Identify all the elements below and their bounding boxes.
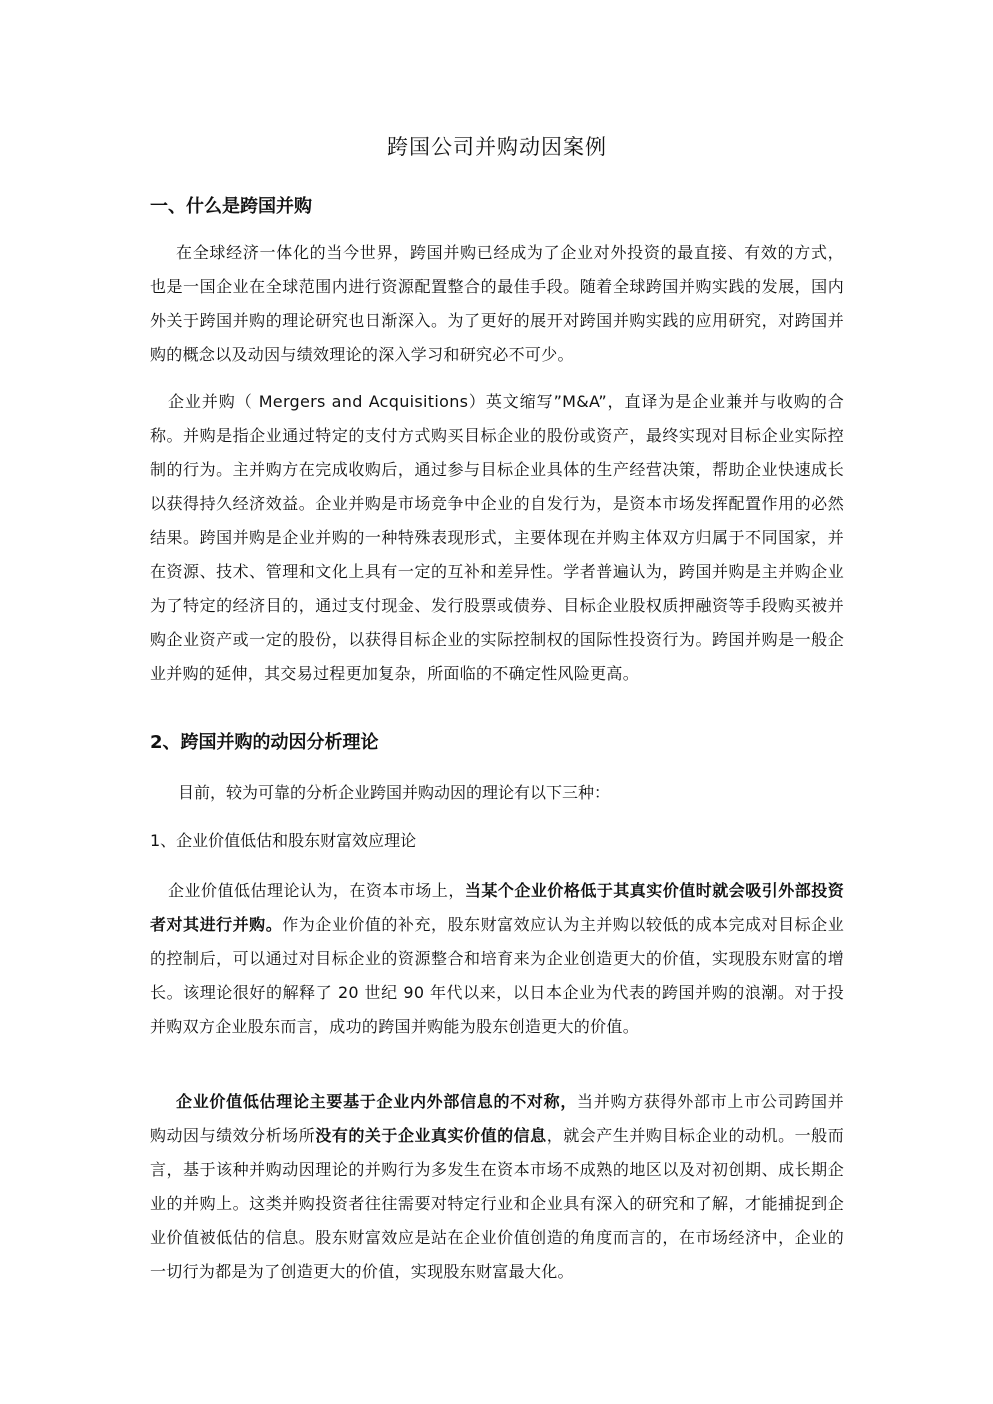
paragraph-intro: 在全球经济一体化的当今世界，跨国并购已经成为了企业对外投资的最直接、有效的方式，… (150, 236, 844, 372)
paragraph-information-asymmetry: 企业价值低估理论主要基于企业内外部信息的不对称，当并购方获得外部市上市公司跨国并… (150, 1085, 844, 1289)
text-normal: ，就会产生并购目标企业的动机。一般而言，基于该种并购动因理论的并购行为多发生在资… (150, 1126, 844, 1281)
text-normal: 企业价值低估理论认为，在资本市场上， (168, 881, 465, 900)
section-heading-motivation-theories: 2、跨国并购的动因分析理论 (150, 730, 379, 756)
document-title: 跨国公司并购动因案例 (150, 133, 844, 161)
text-bold-emphasis: 企业价值低估理论主要基于企业内外部信息的不对称， (176, 1092, 577, 1111)
section-heading-what-is-cross-border-ma: 一、什么是跨国并购 (150, 194, 312, 220)
paragraph-ma-definition: 企业并购（ Mergers and Acquisitions）英文缩写”M&A”… (150, 385, 844, 691)
paragraph-undervaluation-theory: 企业价值低估理论认为，在资本市场上，当某个企业价格低于其真实价值时就会吸引外部投… (150, 874, 844, 1044)
text-bold-emphasis: 没有的关于企业真实价值的信息 (315, 1126, 546, 1145)
subheading-undervaluation-theory: 1、企业价值低估和股东财富效应理论 (150, 828, 416, 854)
paragraph-three-theories-lead: 目前，较为可靠的分析企业跨国并购动因的理论有以下三种： (178, 780, 610, 806)
